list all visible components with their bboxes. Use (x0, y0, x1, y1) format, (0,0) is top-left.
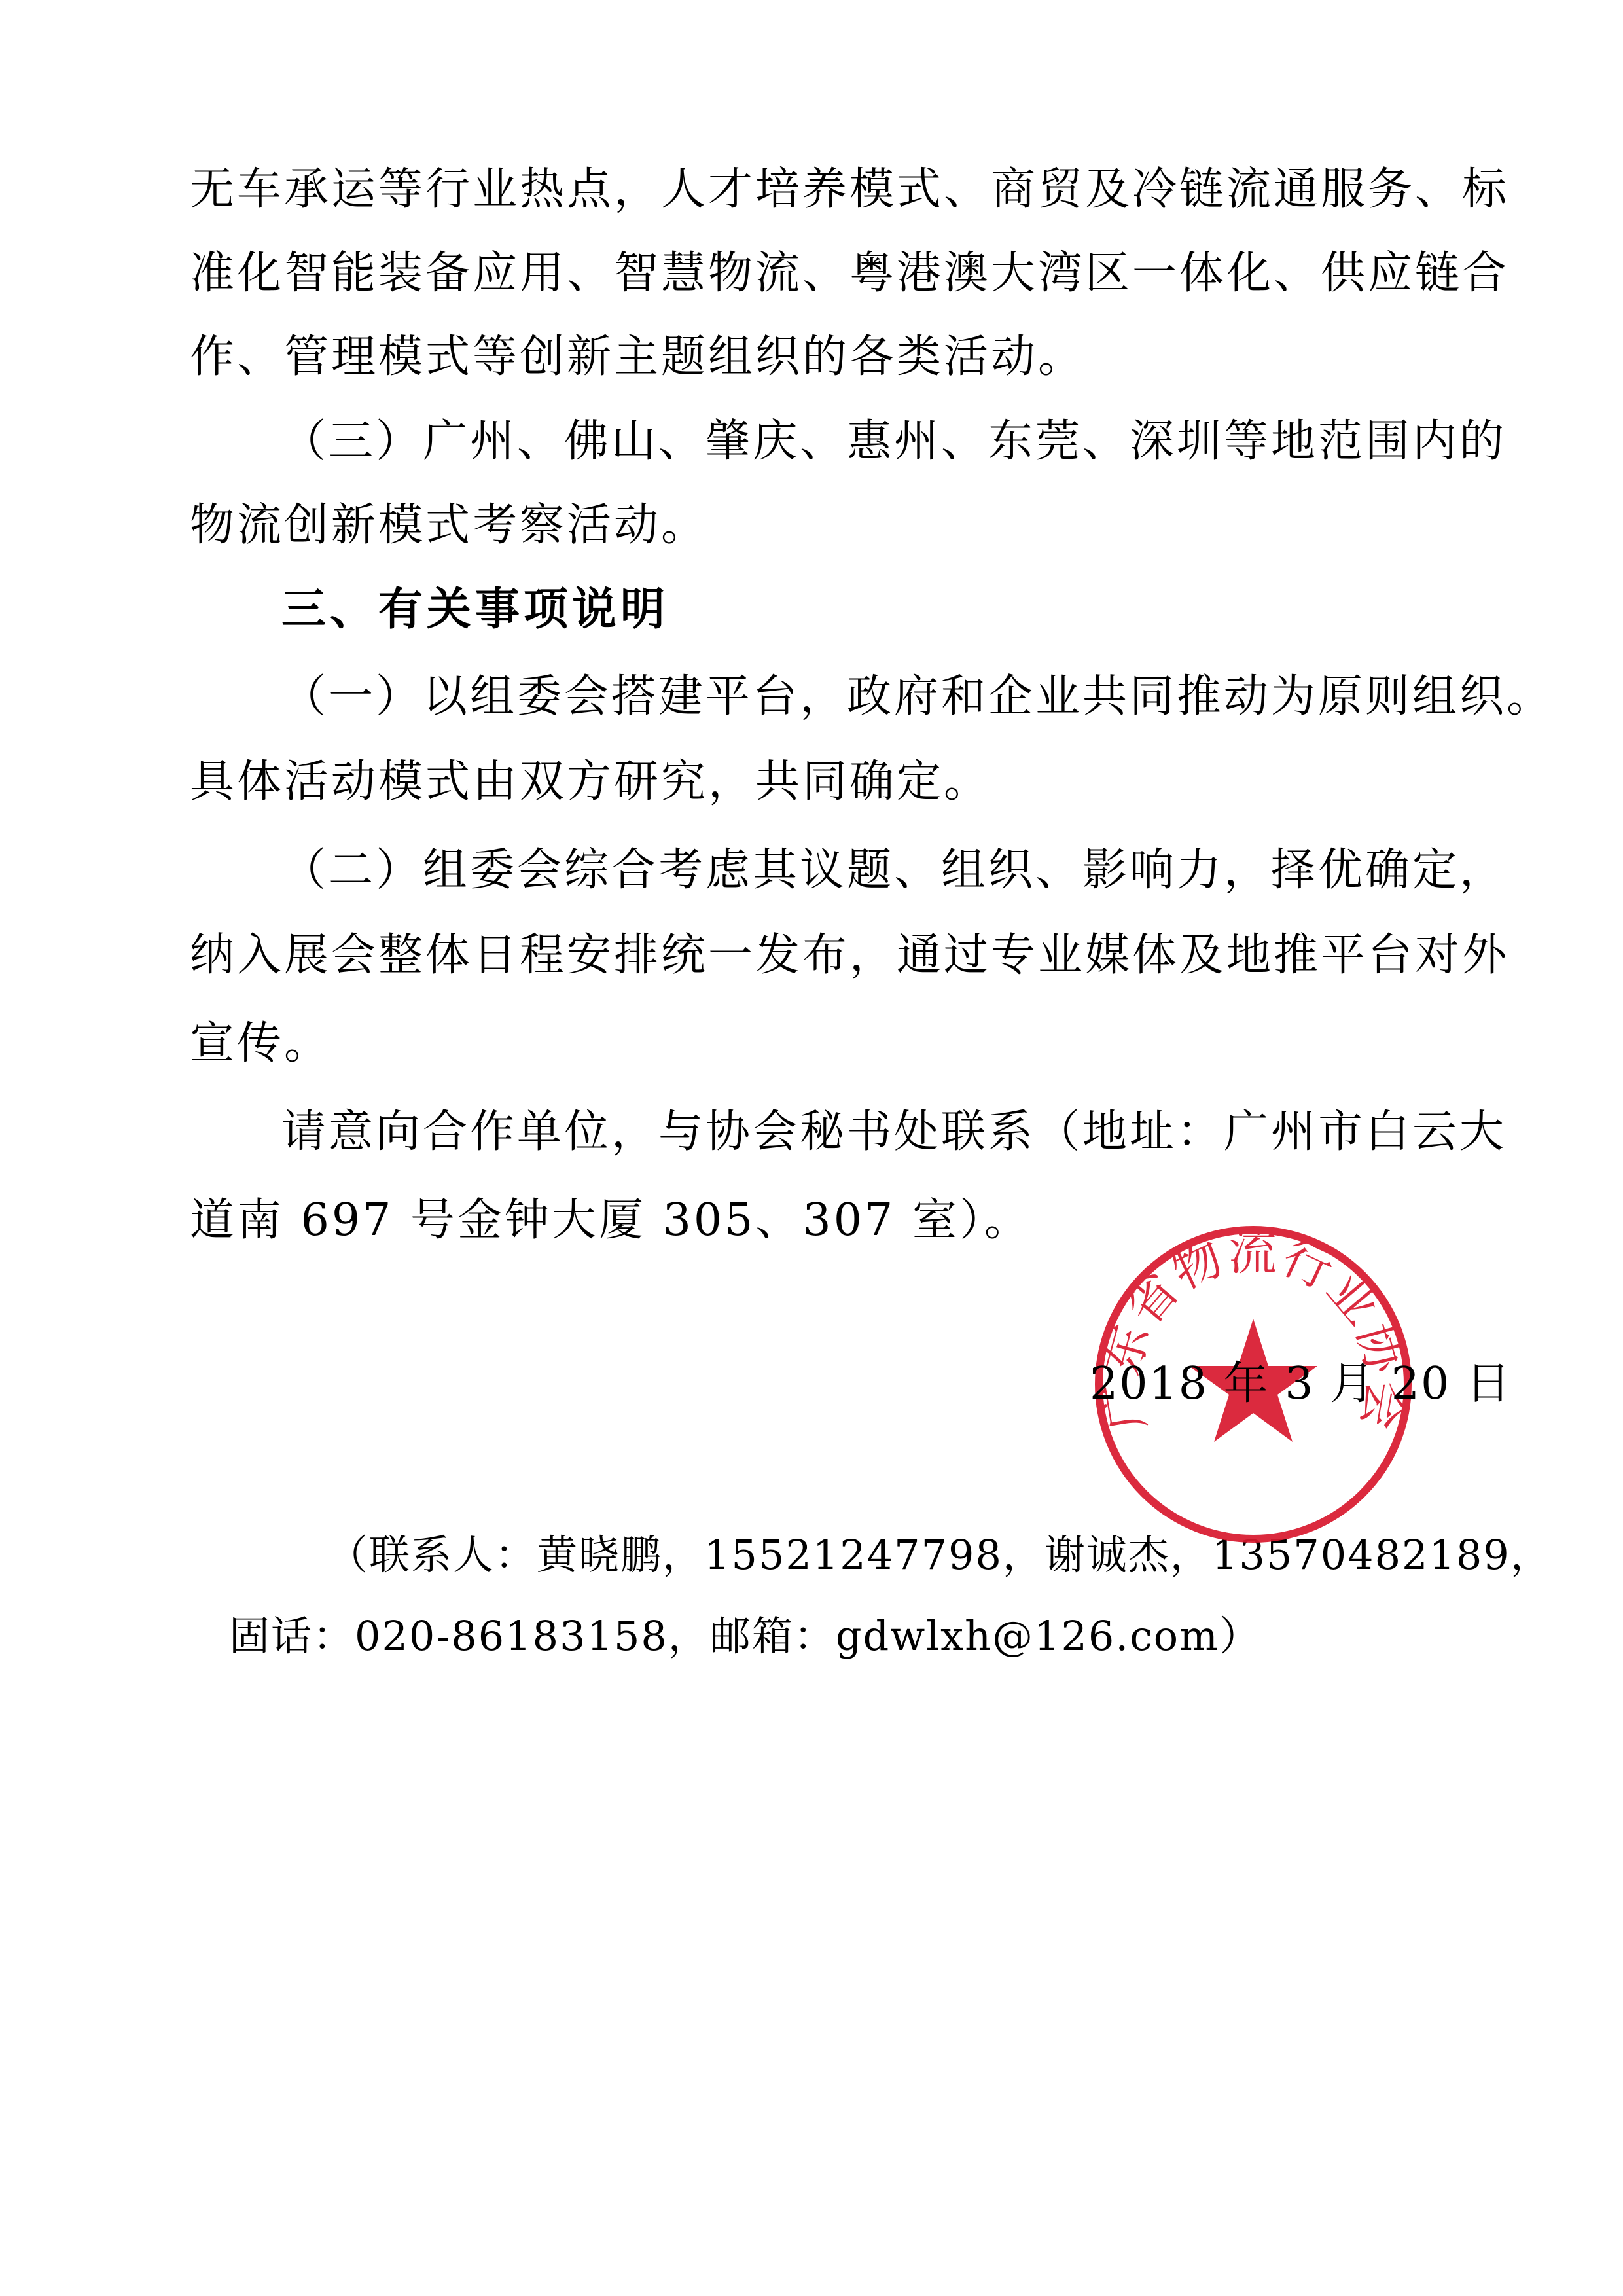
paragraph-line: 准化智能装备应用、智慧物流、粤港澳大湾区一体化、供应链合 (190, 247, 1433, 300)
paragraph-line: （一）以组委会搭建平台，政府和企业共同推动为原则组织。 (281, 671, 1433, 723)
paragraph-line: 无车承运等行业热点，人才培养模式、商贸及冷链流通服务、标 (190, 164, 1433, 216)
paragraph-line: 物流创新模式考察活动。 (190, 499, 1433, 552)
document-page: 无车承运等行业热点，人才培养模式、商贸及冷链流通服务、标 准化智能装备应用、智慧… (0, 0, 1623, 2296)
signature-date: 2018 年 3 月 20 日 (1090, 1358, 1512, 1410)
paragraph-line: 纳入展会整体日程安排统一发布，通过专业媒体及地推平台对外 (190, 929, 1433, 982)
paragraph-line: 作、管理模式等创新主题组织的各类活动。 (190, 331, 1433, 384)
paragraph-line: 请意向合作单位，与协会秘书处联系（地址：广州市白云大 (281, 1106, 1433, 1158)
section-heading: 三、有关事项说明 (281, 584, 1433, 636)
paragraph-line: （三）广州、佛山、肇庆、惠州、东莞、深圳等地范围内的 (281, 416, 1433, 468)
paragraph-line: （二）组委会综合考虑其议题、组织、影响力，择优确定， (281, 844, 1433, 897)
paragraph-line: 宣传。 (190, 1018, 1433, 1070)
paragraph-line: 具体活动模式由双方研究，共同确定。 (190, 756, 1433, 808)
contact-line-2: 固话：020-86183158，邮箱：gdwlxh@126.com） (229, 1611, 1261, 1661)
